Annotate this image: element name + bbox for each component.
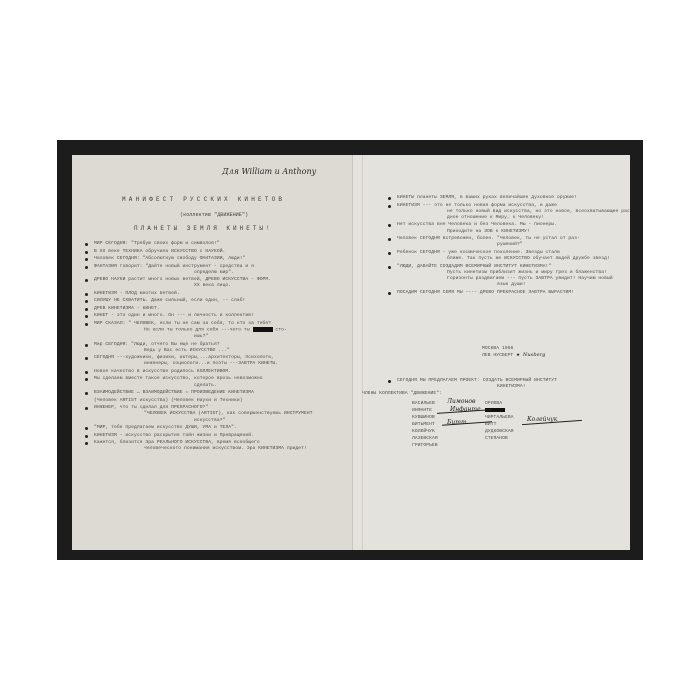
- list-item: ФАНТАЗИЯ говорит: "Дайте новый инструмен…: [84, 264, 346, 276]
- document-slogan: ПЛАНЕТЫ ЗЕМЛЯ КИНЕТЫ!: [134, 226, 273, 232]
- redaction-bar: [253, 327, 273, 332]
- author-typed: ЛЕВ НУСБЕРГ: [482, 353, 513, 358]
- list-item-line: искусства?": [94, 418, 346, 424]
- list-item: ДРЕВ КИНЕТИЗМА - КИНЕТ.: [84, 306, 346, 312]
- list-item-line: Новое качество в искусстве родилось КОЛЛ…: [94, 369, 346, 375]
- list-item: Нет искусства вне Человека и без Человек…: [387, 222, 627, 234]
- proposal-block: СЕГОДНЯ МЫ ПРЕДЛАГАЕМ ПРОЕКТ: СОЗДАТЬ ВС…: [387, 378, 557, 392]
- list-item: Мы сделаем вместе такое искусство, котор…: [84, 376, 346, 388]
- list-item-line: Приходите на ЗОВ к КИНЕТИЗМУ!: [397, 229, 627, 235]
- list-item: МИР СЕГОДНЯ: "Требую своих форм и символ…: [84, 241, 346, 247]
- star-icon: ★: [516, 351, 520, 358]
- list-item: СЕГОДНЯ ---художники, физики, актеры,...…: [84, 355, 346, 367]
- member-name: ИНФАНТЕ: [412, 408, 438, 415]
- list-item-line: определю мир".: [94, 270, 346, 276]
- list-item: КИНЕТИЗМ - ПЛОД многих ветвей.: [84, 291, 346, 297]
- list-item-line: "МИР, тебе предлагаем искусство ДУШИ, УМ…: [94, 425, 346, 431]
- list-item-line: инженеры, социологи...и поэты ---ЗАВТРА …: [94, 361, 346, 367]
- list-item: Новое качество в искусстве родилось КОЛЛ…: [84, 369, 346, 375]
- list-item-line: ближе. Так пусть же ИСКУССТВО обучает лю…: [397, 256, 627, 262]
- list-item: Мир СЕГОДНЯ: "Люди, отчего Вы еще не бра…: [84, 342, 346, 354]
- page-fold-shadow: [362, 155, 363, 550]
- member-name: КОЛЕЙЧУК: [412, 429, 438, 436]
- document-title: МАНИФЕСТ РУССКИХ КИНЕТОВ: [122, 197, 285, 203]
- list-item: ПОСАДИМ СЕГОДНЯ СЕМЯ МЫ ---- ДРЕВО ПРЕКР…: [387, 290, 627, 296]
- list-item-line: КИНЕТИЗМ - ПЛОД многих ветвей.: [94, 291, 346, 297]
- list-item-line: ВЗАИМОДЕЙСТВИЕ ↔ ВЗАИМОДЕЙСТВИЕ = ПРОИЗВ…: [94, 390, 346, 396]
- member-name: БИТЬМЕНТ: [412, 422, 438, 429]
- list-item-line: сделать.: [94, 383, 346, 389]
- list-item-line: СИЛУШУ НЕ СХВАТИТЬ. Даже сильный, если о…: [94, 298, 346, 304]
- handwritten-signature: Лимонов: [447, 398, 476, 405]
- list-item-line: ДРЕВ КИНЕТИЗМА - КИНЕТ.: [94, 306, 346, 312]
- list-item-line: КИНЕТЫ планеты ЗЕМЛЯ, в ваших руках вели…: [397, 195, 627, 201]
- page-fold: [352, 155, 353, 550]
- signoff-block: МОСКВА 1966 ЛЕВ НУСБЕРГ ★ Nusberg: [482, 346, 546, 359]
- list-item: МИР СКАЗАЛ: " ЧЕЛОВЕК, если ты не сам за…: [84, 321, 346, 340]
- member-name: ЛАЗЕВСКАЯ: [412, 436, 438, 443]
- list-item: КИНЕТИЗМ - искусство раскрытия тайн жизн…: [84, 433, 346, 439]
- list-item: ВЗАИМОДЕЙСТВИЕ ↔ ВЗАИМОДЕЙСТВИЕ = ПРОИЗВ…: [84, 390, 346, 396]
- list-item: В XX веке ТЕХНИКА обручила ИСКУССТВО с Н…: [84, 249, 346, 255]
- list-item-line: (Человек ARTIST искусства) (Человек Наук…: [94, 398, 346, 404]
- document-subtitle: (коллектив "ДВИЖЕНИЕ"): [180, 212, 248, 218]
- list-item-line: ишь?": [94, 334, 346, 340]
- author-line: ЛЕВ НУСБЕРГ ★ Nusberg: [482, 352, 546, 359]
- list-item-line: КИНЕТ - это один и много. Он --- и лично…: [94, 313, 346, 319]
- list-item-line: ПОСАДИМ СЕГОДНЯ СЕМЯ МЫ ---- ДРЕВО ПРЕКР…: [397, 290, 627, 296]
- members-column-1: ВАСИЛЬЕВИНФАНТЕКУВШИНОВБИТЬМЕНТКОЛЕЙЧУКЛ…: [412, 401, 438, 450]
- list-item-line: рушений?": [397, 242, 627, 248]
- list-item-line: XX века лицо.: [94, 283, 346, 289]
- list-item: Человек СЕГОДНЯ: "Абсолютную свободу ФАН…: [84, 256, 346, 262]
- handwritten-dedication: Для William и Anthony: [222, 167, 316, 176]
- member-name: ВАСИЛЬЕВ: [412, 401, 438, 408]
- list-item: ДРЕВО НАУКИ растит много новых ветвей, Д…: [84, 277, 346, 289]
- manifesto-sheet: Для William и Anthony МАНИФЕСТ РУССКИХ К…: [72, 155, 630, 550]
- list-item: ИНЖЕНЕР, что ты сделал для ПРЕКРАСНОГО?"…: [84, 405, 346, 424]
- list-item-line: дное отношение к Миру, к Человеку!: [397, 215, 627, 221]
- list-item-line: МИР СЕГОДНЯ: "Требую своих форм и символ…: [94, 241, 346, 247]
- list-item: КИНЕТ - это один и много. Он --- и лично…: [84, 313, 346, 319]
- list-item-line: Но если ты только для себя ---чего ты ст…: [94, 327, 346, 334]
- proposal-item: СЕГОДНЯ МЫ ПРЕДЛАГАЕМ ПРОЕКТ: СОЗДАТЬ ВС…: [387, 378, 557, 390]
- list-item-line: язык души!: [397, 282, 627, 288]
- list-item: Кажется, близится Эра РЕАЛЬНОГО ИСКУССТВ…: [84, 440, 346, 452]
- list-item: Человек СЕГОДНЯ встревожен, болен. "Чело…: [387, 236, 627, 248]
- members-heading: ЧЛЕНЫ КОЛЛЕКТИВА "ДВИЖЕНИЕ":: [362, 391, 442, 397]
- right-column-list: КИНЕТЫ планеты ЗЕМЛЯ, в ваших руках вели…: [387, 195, 627, 297]
- member-name: СТЕПАНОВ: [485, 436, 514, 443]
- proposal-line: КИНЕТИЗМА!: [397, 384, 557, 390]
- member-name: ДУДКОВСКАЯ: [485, 429, 514, 436]
- list-item: КИНЕТЫ планеты ЗЕМЛЯ, в ваших руках вели…: [387, 195, 627, 201]
- list-item-line: КИНЕТИЗМ - искусство раскрытия тайн жизн…: [94, 433, 346, 439]
- proposal-line: СЕГОДНЯ МЫ ПРЕДЛАГАЕМ ПРОЕКТ: СОЗДАТЬ ВС…: [397, 378, 557, 384]
- list-item: (Человек ARTIST искусства) (Человек Наук…: [84, 398, 346, 404]
- list-item: "МИР, тебе предлагаем искусство ДУШИ, УМ…: [84, 425, 346, 431]
- list-item-line: Ведь у Вас есть ИСКУССТВО ...": [94, 348, 346, 354]
- list-item: КИНЕТИЗМ --- это не только новая форма и…: [387, 203, 627, 222]
- left-column-list: МИР СЕГОДНЯ: "Требую своих форм и символ…: [84, 241, 346, 454]
- member-name: ВИТТ: [485, 422, 514, 429]
- list-item: "ЛЮДИ, ДАВАЙТЕ СОЗДАДИМ ВСЕМИРНЫЙ ИНСТИТ…: [387, 264, 627, 289]
- list-item-line: человеческого понимания искусством. Эра …: [94, 446, 346, 452]
- member-name: ГРИГОРЬЕВ: [412, 443, 438, 450]
- list-item: СИЛУШУ НЕ СХВАТИТЬ. Даже сильный, если о…: [84, 298, 346, 304]
- list-item-line: В XX веке ТЕХНИКА обручила ИСКУССТВО с Н…: [94, 249, 346, 255]
- member-name: КУВШИНОВ: [412, 415, 438, 422]
- author-signature: Nusberg: [523, 352, 546, 358]
- member-name: ОРЛОВА: [485, 401, 514, 408]
- list-item-line: Человек СЕГОДНЯ: "Абсолютную свободу ФАН…: [94, 256, 346, 262]
- list-item: Ребенок СЕГОДНЯ - уже космическое поколе…: [387, 250, 627, 262]
